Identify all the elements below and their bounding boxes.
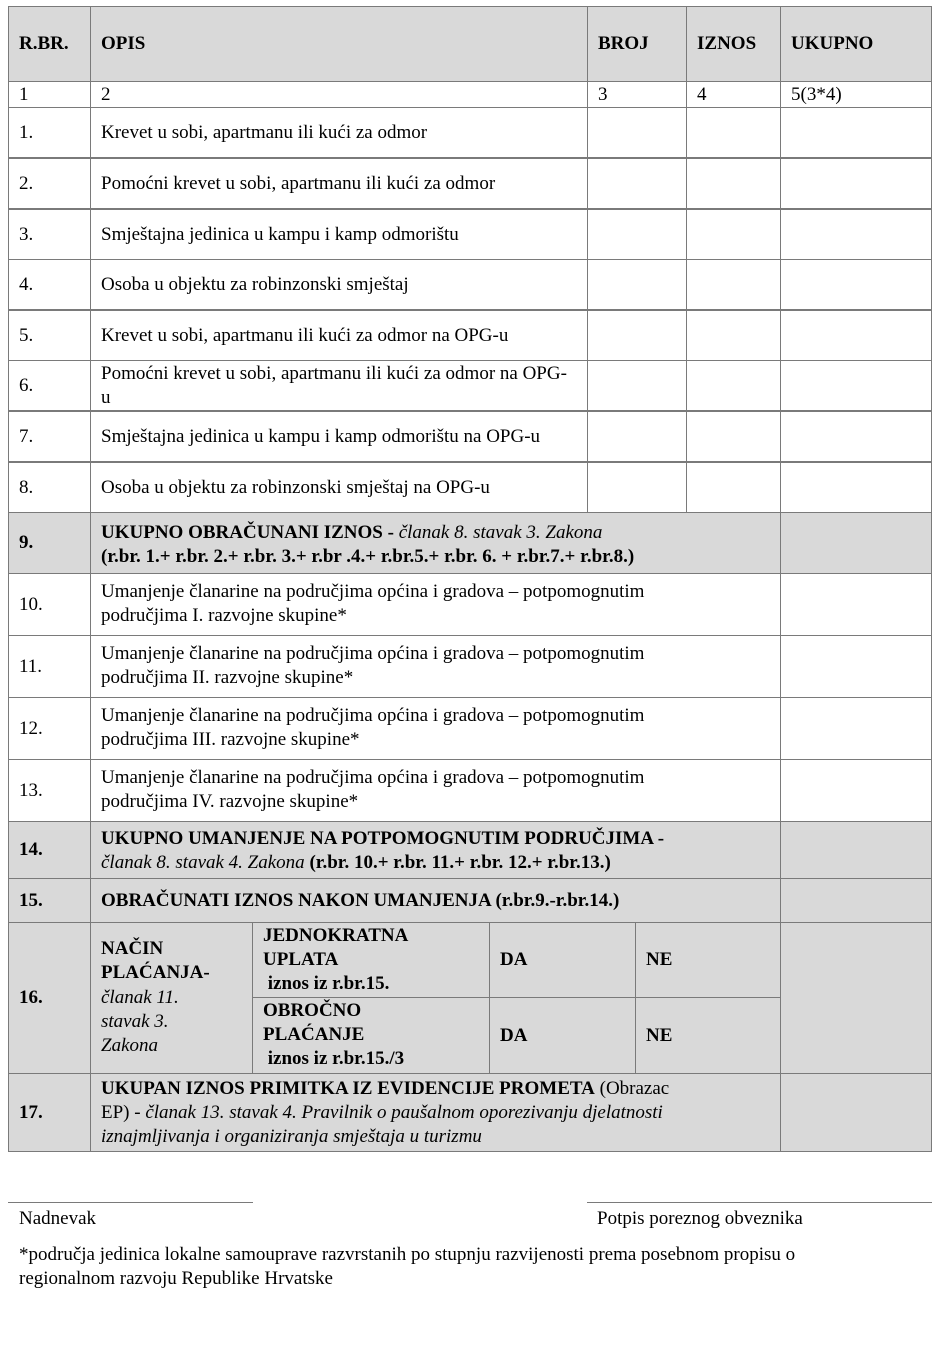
total-field[interactable] [780,209,932,260]
row-17-title: UKUPAN IZNOS PRIMITKA IZ EVIDENCIJE PROM… [101,1078,595,1099]
header-rbr: R.BR. [8,6,91,82]
total-field[interactable] [780,411,932,462]
count-field[interactable] [587,107,687,158]
header-broj: BROJ [587,6,687,82]
row-14-line2: članak 8. stavak 4. Zakona (r.br. 10.+ r… [101,851,611,875]
installments-no-option[interactable]: NE [635,997,781,1074]
lump-sum-line2: UPLATA [263,948,338,972]
row-14-title: UKUPNO UMANJENJE NA POTPOMOGNUTIM PODRUČ… [101,827,664,851]
reduction-line1: Umanjenje članarine na područjima općina… [101,766,644,790]
row-9-title: UKUPNO OBRAČUNANI IZNOS - [101,522,399,543]
reduction-line2: područjima IV. razvojne skupine* [101,790,358,814]
row-number: 1. [8,107,91,158]
signature-label: Potpis poreznog obveznika [597,1207,803,1231]
row-number: 3. [8,209,91,260]
row-description: Smještajna jedinica u kampu i kamp odmor… [90,411,588,462]
row-16-number: 16. [8,922,91,1074]
row-17-ref-line1: članak 13. stavak 4. Pravilnik o paušaln… [145,1102,663,1123]
row-number: 7. [8,411,91,462]
amount-field[interactable] [686,107,781,158]
installments-yes-option[interactable]: DA [489,997,636,1074]
total-field[interactable] [780,158,932,209]
row-17-number: 17. [8,1073,91,1152]
row-14-number: 14. [8,821,91,879]
colnum-3: 3 [587,81,687,108]
date-signature-line[interactable] [8,1202,253,1203]
row-number: 5. [8,310,91,361]
reduction-line1: Umanjenje članarine na područjima općina… [101,704,644,728]
row-17-description: UKUPAN IZNOS PRIMITKA IZ EVIDENCIJE PROM… [90,1073,781,1152]
row-17-ref-line2: iznajmljivanja i organiziranja smještaja… [101,1125,482,1149]
header-iznos: IZNOS [686,6,781,82]
lump-sum-no-option[interactable]: NE [635,922,781,998]
date-label: Nadnevak [19,1207,96,1231]
row-16-label-line1: NAČIN [101,937,163,961]
row-description: Osoba u objektu za robinzonski smještaj … [90,462,588,513]
taxpayer-signature-line[interactable] [587,1202,932,1203]
row-9-line1: UKUPNO OBRAČUNANI IZNOS - članak 8. stav… [101,521,602,545]
amount-field[interactable] [686,259,781,310]
row-9-total-field[interactable] [780,512,932,574]
count-field[interactable] [587,360,687,411]
reduction-line2: područjima II. razvojne skupine* [101,666,353,690]
reduction-row-description: Umanjenje članarine na područjima općina… [90,697,781,760]
total-field[interactable] [780,310,932,361]
header-opis: OPIS [90,6,588,82]
footnote-line2: regionalnom razvoju Republike Hrvatske [19,1267,333,1291]
reduction-row-number: 10. [8,573,91,636]
row-16-ref-line2: stavak 3. [101,1010,169,1034]
count-field[interactable] [587,209,687,260]
count-field[interactable] [587,462,687,513]
amount-field[interactable] [686,209,781,260]
reduction-total-field[interactable] [780,759,932,822]
payment-option-lump-sum: JEDNOKRATNA UPLATA iznos iz r.br.15. [252,922,490,998]
row-16-label: NAČIN PLAĆANJA- članak 11. stavak 3. Zak… [90,922,253,1074]
row-14-description: UKUPNO UMANJENJE NA POTPOMOGNUTIM PODRUČ… [90,821,781,879]
row-16-ref-line3: Zakona [101,1034,158,1058]
footnote-line1: *područja jedinica lokalne samouprave ra… [19,1243,795,1267]
reduction-line2: područjima I. razvojne skupine* [101,604,347,628]
row-15-total-field[interactable] [780,878,932,923]
row-description: Smještajna jedinica u kampu i kamp odmor… [90,209,588,260]
count-field[interactable] [587,158,687,209]
payment-option-installments: OBROČNO PLAĆANJE iznos iz r.br.15./3 [252,997,490,1074]
lump-sum-line3: iznos iz r.br.15. [263,972,389,996]
row-description: Osoba u objektu za robinzonski smještaj [90,259,588,310]
header-ukupno: UKUPNO [780,6,932,82]
installments-line2: PLAĆANJE [263,1023,364,1047]
amount-field[interactable] [686,411,781,462]
row-15-number: 15. [8,878,91,923]
row-17-line2: EP) - članak 13. stavak 4. Pravilnik o p… [101,1101,663,1125]
row-15-title: OBRAČUNATI IZNOS NAKON UMANJENJA (r.br.9… [90,878,781,923]
colnum-2: 2 [90,81,588,108]
row-number: 4. [8,259,91,310]
row-number: 8. [8,462,91,513]
reduction-row-description: Umanjenje članarine na područjima općina… [90,573,781,636]
row-number: 2. [8,158,91,209]
total-field[interactable] [780,259,932,310]
row-9-number: 9. [8,512,91,574]
row-description: Krevet u sobi, apartmanu ili kući za odm… [90,310,588,361]
total-field[interactable] [780,462,932,513]
row-9-formula: (r.br. 1.+ r.br. 2.+ r.br. 3.+ r.br .4.+… [101,545,634,569]
row-14-formula: (r.br. 10.+ r.br. 11.+ r.br. 12.+ r.br.1… [305,852,611,873]
amount-field[interactable] [686,310,781,361]
lump-sum-line1: JEDNOKRATNA [263,924,408,948]
installments-line1: OBROČNO [263,999,361,1023]
row-description: Krevet u sobi, apartmanu ili kući za odm… [90,107,588,158]
row-16-label-line2: PLAĆANJA- [101,961,210,985]
count-field[interactable] [587,411,687,462]
total-field[interactable] [780,107,932,158]
reduction-total-field[interactable] [780,697,932,760]
amount-field[interactable] [686,462,781,513]
amount-field[interactable] [686,158,781,209]
lump-sum-yes-option[interactable]: DA [489,922,636,998]
row-number: 6. [8,360,91,411]
reduction-line2: područjima III. razvojne skupine* [101,728,360,752]
reduction-row-number: 11. [8,635,91,698]
reduction-row-number: 13. [8,759,91,822]
row-16-ref-line1: članak 11. [101,986,179,1010]
count-field[interactable] [587,310,687,361]
count-field[interactable] [587,259,687,310]
row-14-total-field[interactable] [780,821,932,879]
reduction-row-description: Umanjenje članarine na područjima općina… [90,759,781,822]
row-17-total-field[interactable] [780,1073,932,1152]
row-9-description: UKUPNO OBRAČUNANI IZNOS - članak 8. stav… [90,512,781,574]
reduction-line1: Umanjenje članarine na područjima općina… [101,580,644,604]
reduction-total-field[interactable] [780,635,932,698]
row-17-line1: UKUPAN IZNOS PRIMITKA IZ EVIDENCIJE PROM… [101,1077,669,1101]
colnum-4: 4 [686,81,781,108]
colnum-1: 1 [8,81,91,108]
row-description: Pomoćni krevet u sobi, apartmanu ili kuć… [90,158,588,209]
colnum-5: 5(3*4) [780,81,932,108]
row-17-paren1: (Obrazac [595,1078,669,1099]
reduction-line1: Umanjenje članarine na područjima općina… [101,642,644,666]
total-field[interactable] [780,360,932,411]
reduction-total-field[interactable] [780,573,932,636]
row-9-ref: članak 8. stavak 3. Zakona [399,522,603,543]
installments-line3: iznos iz r.br.15./3 [263,1047,404,1071]
amount-field[interactable] [686,360,781,411]
row-description: Pomoćni krevet u sobi, apartmanu ili kuć… [90,360,588,411]
reduction-row-description: Umanjenje članarine na područjima općina… [90,635,781,698]
row-14-ref: članak 8. stavak 4. Zakona [101,852,305,873]
row-16-total-field[interactable] [780,922,932,1074]
reduction-row-number: 12. [8,697,91,760]
row-17-paren2: EP) - [101,1102,145,1123]
